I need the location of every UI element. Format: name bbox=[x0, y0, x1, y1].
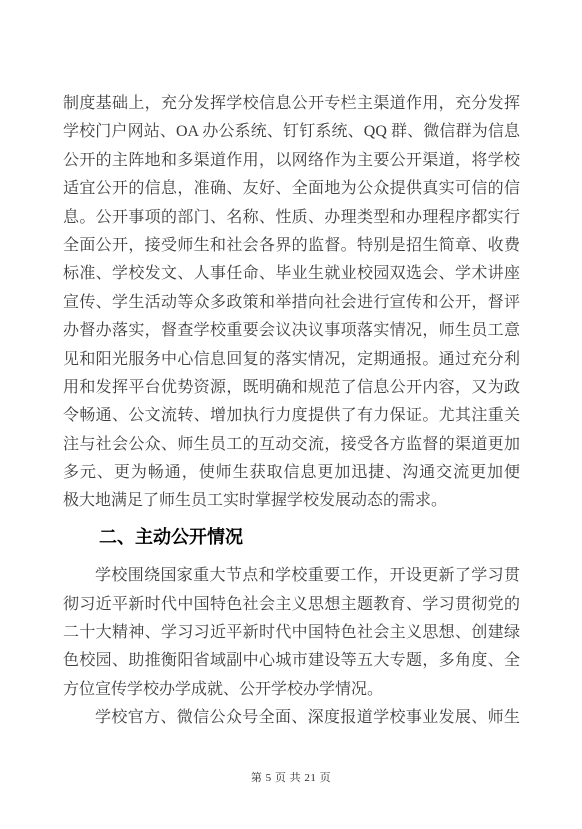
text-line: 方位宣传学校办学成就、公开学校办学情况。 bbox=[63, 676, 520, 704]
text-line: 极大地满足了师生员工实时掌握学校发展动态的需求。 bbox=[63, 487, 520, 515]
paragraph-1: 制度基础上，充分发挥学校信息公开专栏主渠道作用，充分发挥 学校门户网站、OA 办… bbox=[63, 90, 520, 516]
text-line: 全面公开，接受师生和社会各界的监督。特别是招生简章、收费 bbox=[63, 232, 520, 260]
paragraph-3: 学校官方、微信公众号全面、深度报道学校事业发展、师生 bbox=[63, 704, 520, 732]
text-line: 二十大精神、学习习近平新时代中国特色社会主义思想、创建绿 bbox=[63, 619, 520, 647]
document-body: 制度基础上，充分发挥学校信息公开专栏主渠道作用，充分发挥 学校门户网站、OA 办… bbox=[63, 90, 520, 733]
document-page: 制度基础上，充分发挥学校信息公开专栏主渠道作用，充分发挥 学校门户网站、OA 办… bbox=[0, 0, 582, 829]
text-line: 适宜公开的信息，准确、友好、全面地为公众提供真实可信的信 bbox=[63, 175, 520, 203]
text-line: 制度基础上，充分发挥学校信息公开专栏主渠道作用，充分发挥 bbox=[63, 90, 520, 118]
text-line: 令畅通、公文流转、增加执行力度提供了有力保证。尤其注重关 bbox=[63, 402, 520, 430]
text-line: 学校门户网站、OA 办公系统、钉钉系统、QQ 群、微信群为信息 bbox=[63, 118, 520, 146]
page-number: 第 5 页 共 21 页 bbox=[251, 772, 331, 784]
text-line: 办督办落实，督查学校重要会议决议事项落实情况，师生员工意 bbox=[63, 317, 520, 345]
text-line: 学校官方、微信公众号全面、深度报道学校事业发展、师生 bbox=[63, 704, 520, 732]
text-line: 用和发挥平台优势资源，既明确和规范了信息公开内容，又为政 bbox=[63, 374, 520, 402]
text-line: 多元、更为畅通，使师生获取信息更加迅捷、沟通交流更加便利， bbox=[63, 459, 520, 487]
text-line: 标准、学校发文、人事任命、毕业生就业校园双选会、学术讲座 bbox=[63, 260, 520, 288]
text-line: 公开的主阵地和多渠道作用，以网络作为主要公开渠道，将学校 bbox=[63, 147, 520, 175]
paragraph-2: 学校围绕国家重大节点和学校重要工作，开设更新了学习贯 彻习近平新时代中国特色社会… bbox=[63, 562, 520, 704]
text-line: 学校围绕国家重大节点和学校重要工作，开设更新了学习贯 bbox=[63, 562, 520, 590]
text-line: 息。公开事项的部门、名称、性质、办理类型和办理程序都实行 bbox=[63, 204, 520, 232]
text-line: 注与社会公众、师生员工的互动交流，接受各方监督的渠道更加 bbox=[63, 431, 520, 459]
section-heading: 二、主动公开情况 bbox=[63, 523, 520, 551]
text-line: 见和阳光服务中心信息回复的落实情况，定期通报。通过充分利 bbox=[63, 346, 520, 374]
page-footer: 第 5 页 共 21 页 bbox=[0, 771, 582, 785]
text-line: 宣传、学生活动等众多政策和举措向社会进行宣传和公开，督评 bbox=[63, 289, 520, 317]
text-line: 色校园、助推衡阳省域副中心城市建设等五大专题，多角度、全 bbox=[63, 647, 520, 675]
text-line: 彻习近平新时代中国特色社会主义思想主题教育、学习贯彻党的 bbox=[63, 591, 520, 619]
